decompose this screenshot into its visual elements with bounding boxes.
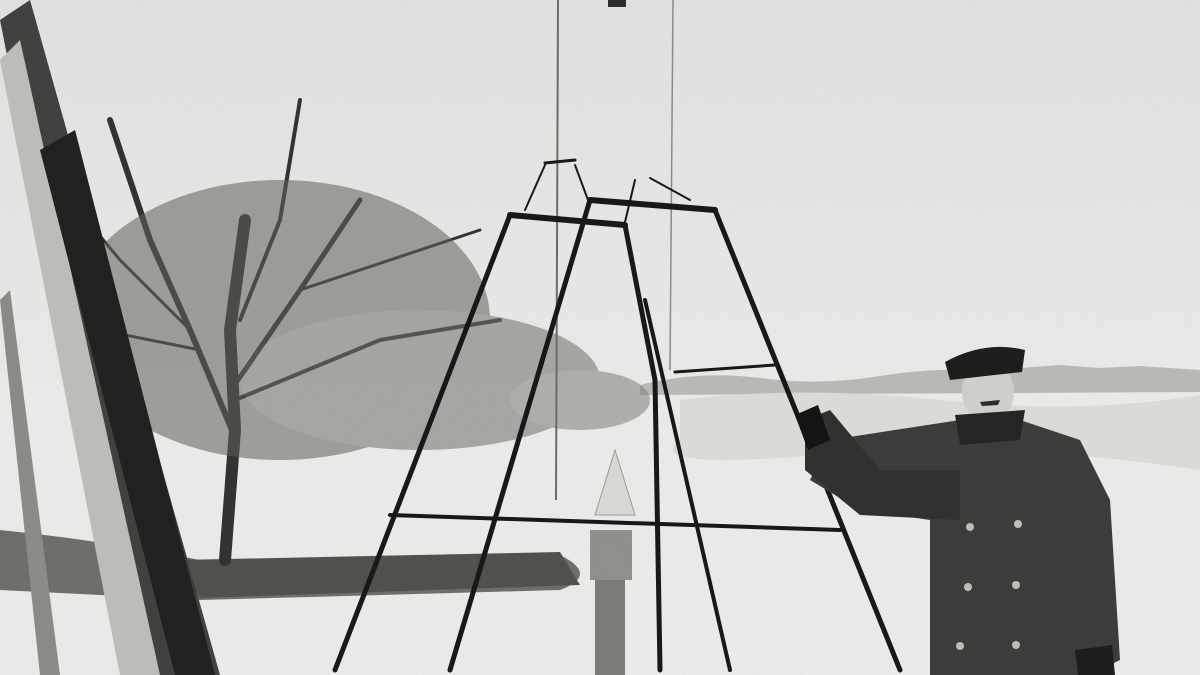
photograph — [0, 0, 1200, 675]
photo-canvas — [0, 0, 1200, 675]
